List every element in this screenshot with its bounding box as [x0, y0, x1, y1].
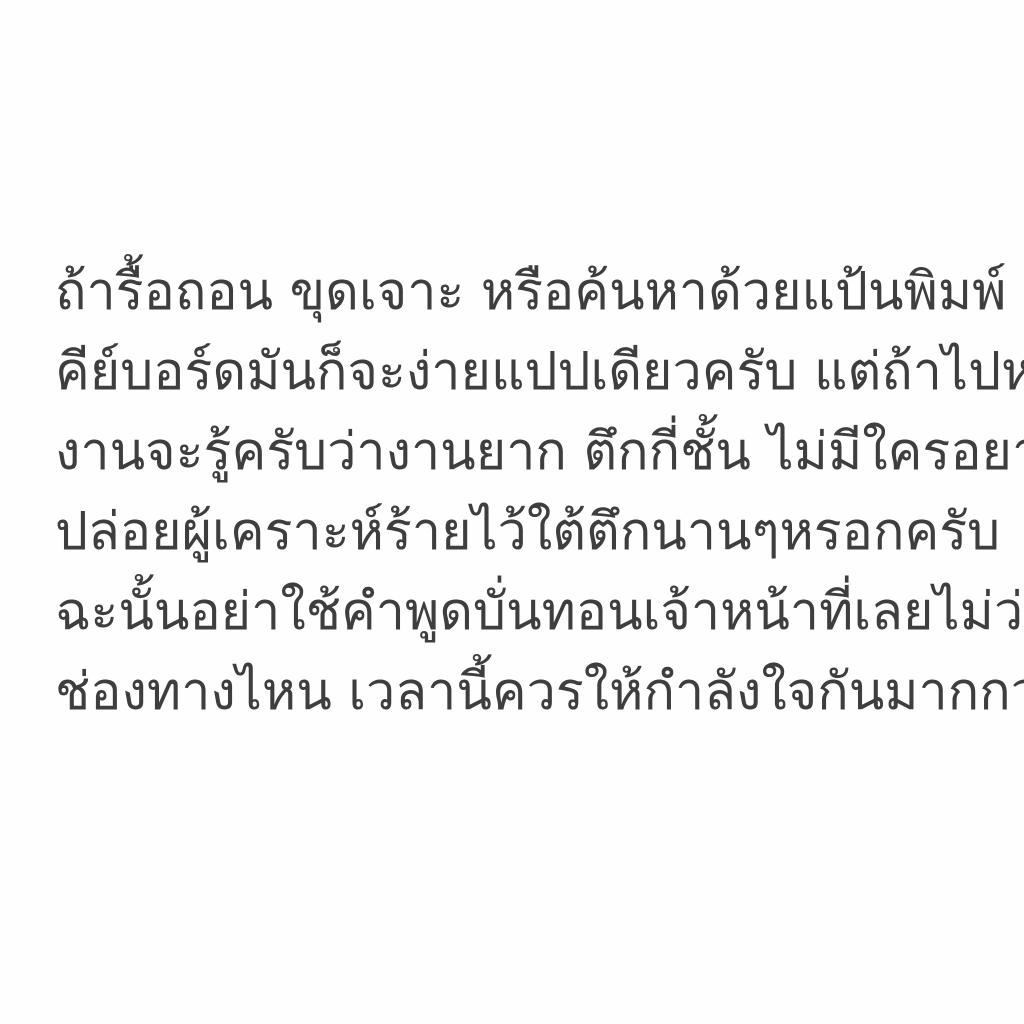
text-line-5: ฉะนั้นอย่าใช้คำพูดบั่นทอนเจ้าหน้าที่เลยไ… — [55, 572, 985, 652]
text-line-2: คีย์บอร์ดมันก็จะง่ายแปปเดียวครับ แต่ถ้าไ… — [55, 332, 985, 412]
text-post-body: ถ้ารื้อถอน ขุดเจาะ หรือค้นหาด้วยแป้นพิมพ… — [55, 252, 985, 732]
text-line-4: ปล่อยผู้เคราะห์ร้ายไว้ใต้ตึกนานๆหรอกครับ — [55, 492, 985, 572]
text-line-3: งานจะรู้ครับว่างานยาก ตึกกี่ชั้น ไม่มีใค… — [55, 412, 985, 492]
text-line-1: ถ้ารื้อถอน ขุดเจาะ หรือค้นหาด้วยแป้นพิมพ… — [55, 252, 985, 332]
text-line-6: ช่องทางไหน เวลานี้ควรให้กำลังใจกันมากกว่… — [55, 652, 985, 732]
